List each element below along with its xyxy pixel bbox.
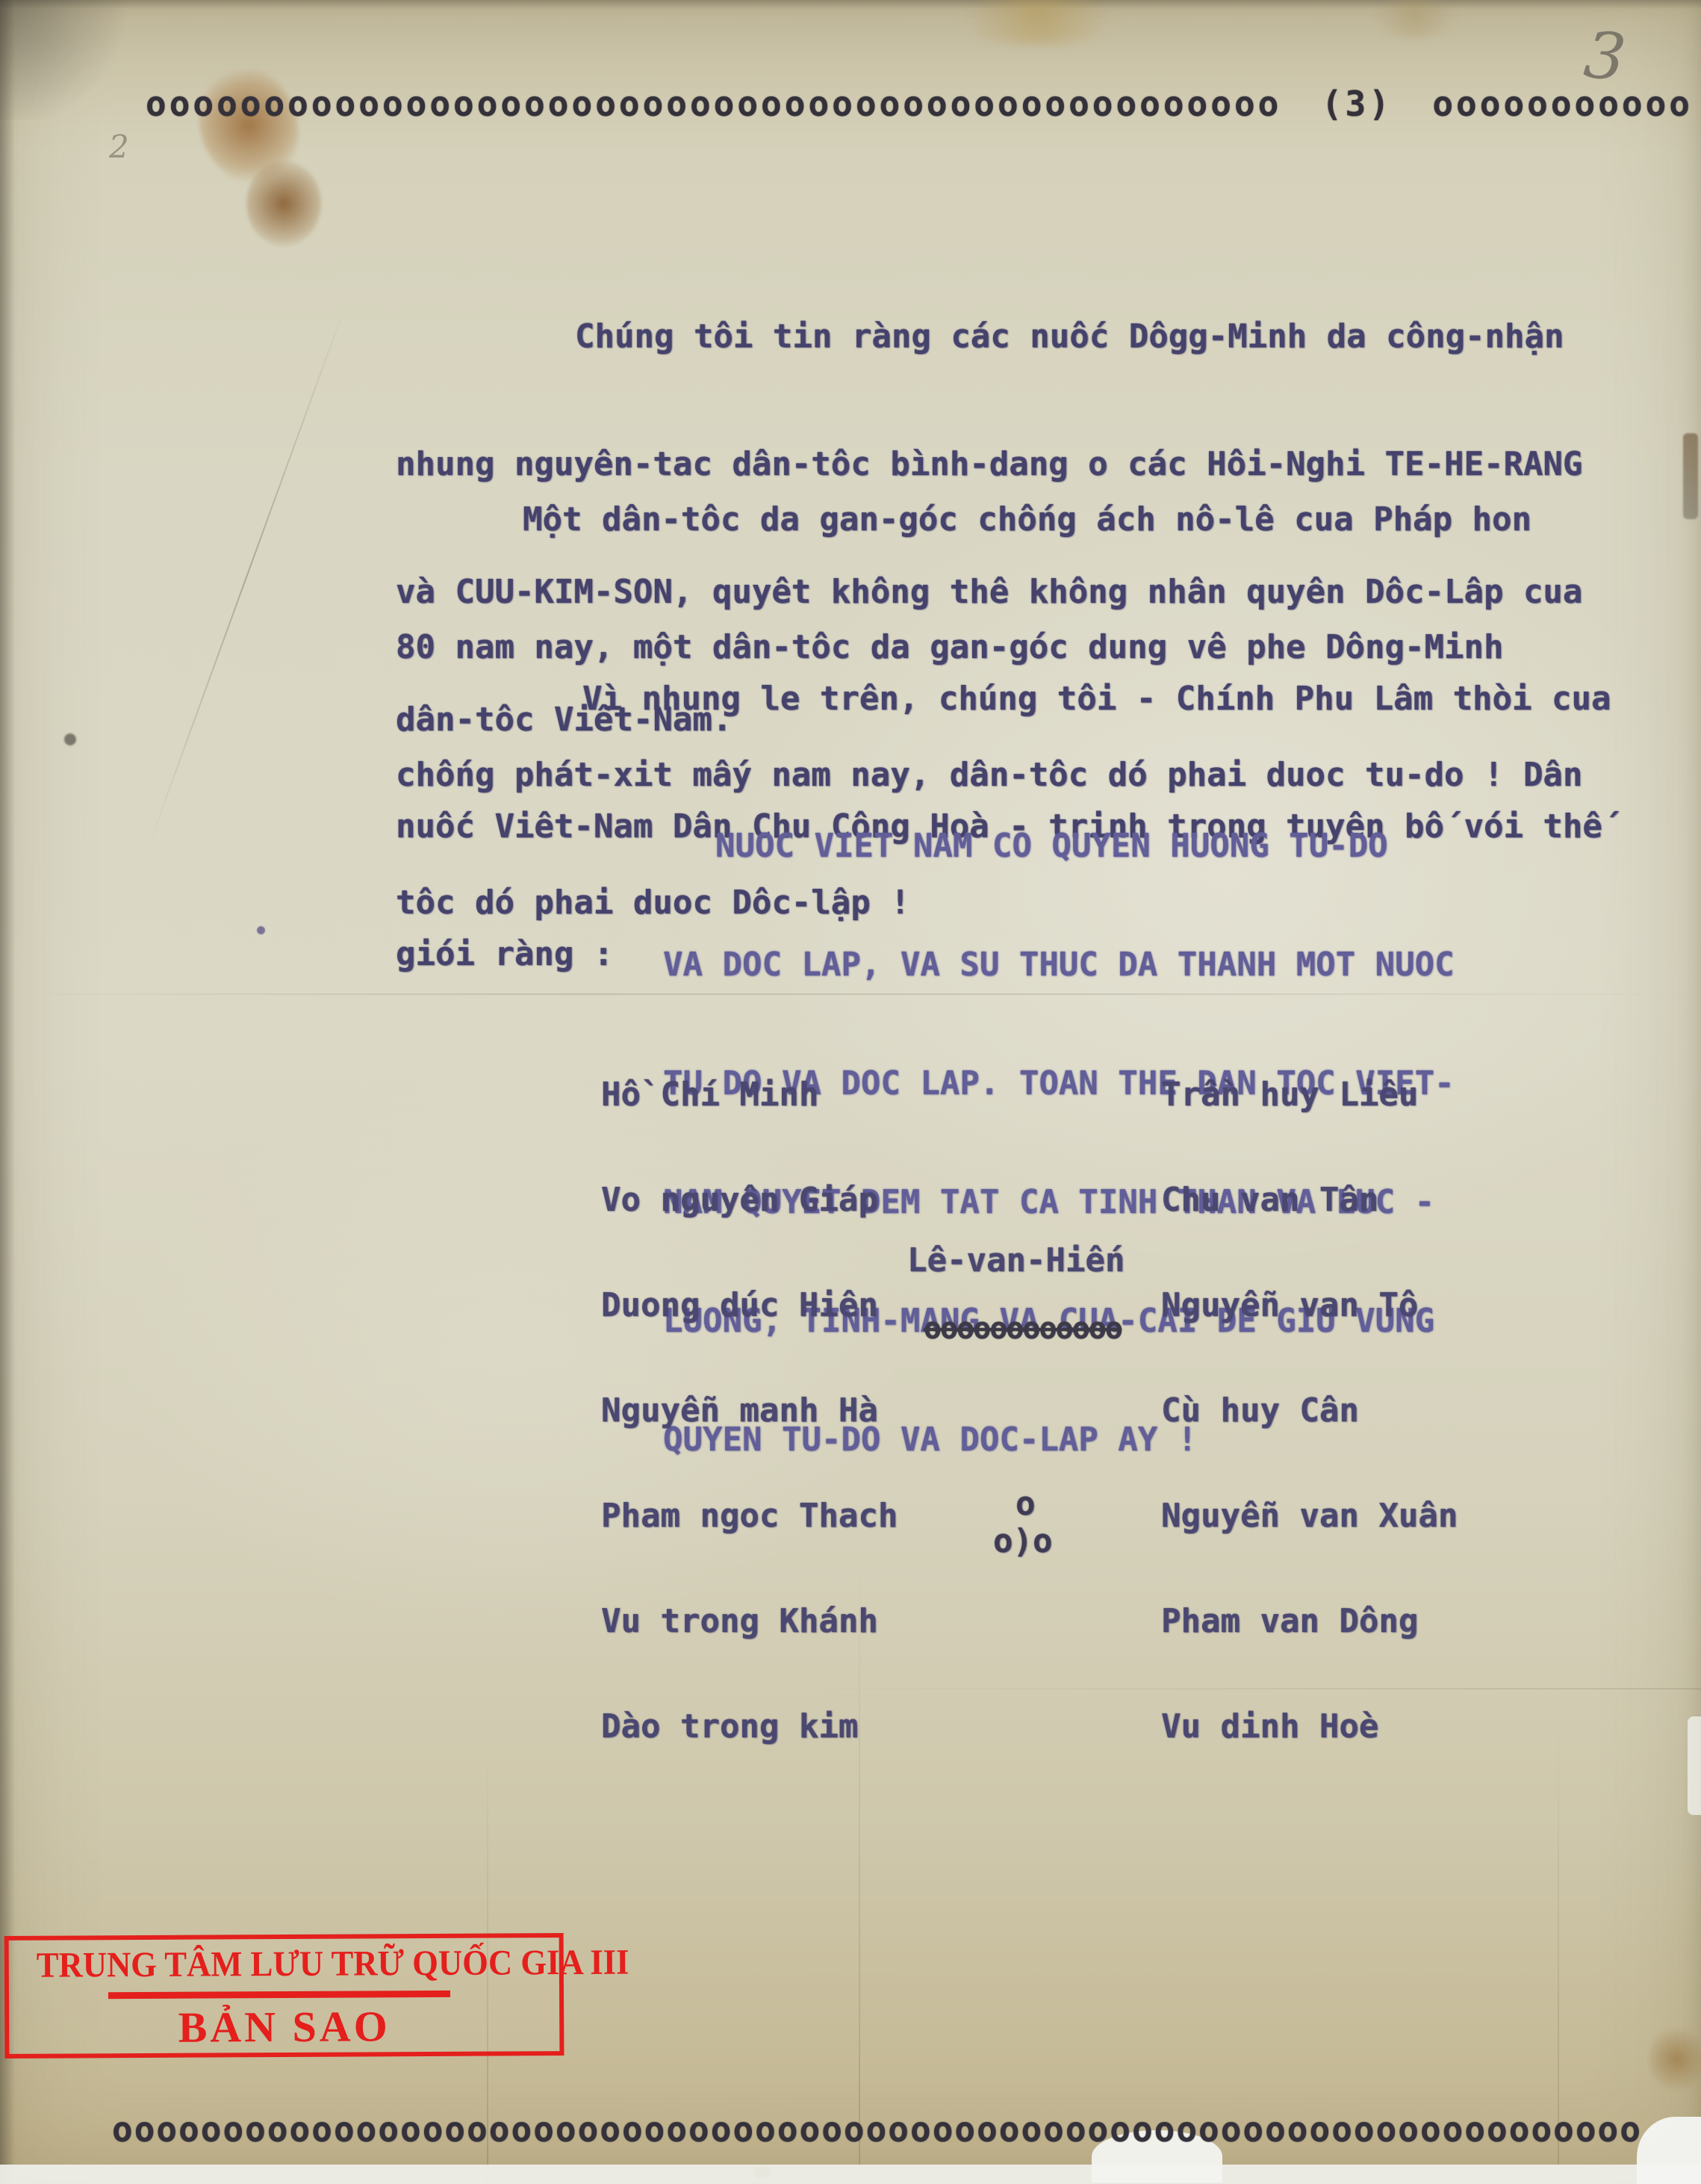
top-border-row: oooooooooooooooooooooooooooooooooooooooo… <box>146 84 1693 124</box>
signature-dao-trong-kim: Dào trong kim <box>601 1709 898 1744</box>
document-page: 3 2 oooooooooooooooooooooooooooooooooooo… <box>0 0 1701 2184</box>
signature-column-right: Trần huy Liêu Chu van Tân Nguyễn van Tô … <box>1161 1007 1458 1814</box>
white-corner-right <box>1637 2117 1701 2184</box>
signature-vu-dinh-hoe: Vu dinh Hoè <box>1161 1709 1458 1744</box>
stain-top-left-small <box>246 161 321 246</box>
paragraph-2-line-1: Một dân-tôc da gan-góc chống ách nô-lê c… <box>396 498 1582 541</box>
mark-right-edge <box>1683 433 1698 519</box>
signature-le-van-hien: Lê-van-Hiến <box>907 1243 1125 1278</box>
white-sliver-right <box>1688 1716 1701 1815</box>
signature-tran-huy-lieu: Trần huy Liêu <box>1161 1077 1458 1112</box>
paragraph-3-line-1: Vì nhung le trên, chúng tôi - Chính Phu … <box>396 677 1611 720</box>
faint-pencil-mark: 2 <box>109 128 129 165</box>
paragraph-1-line-1: Chúng tôi tin ràng các nuốc Dôgg-Minh da… <box>396 315 1582 358</box>
stamp-divider-line <box>108 1991 450 1999</box>
colophon-circle-bottom: o)o <box>993 1522 1052 1560</box>
end-divider-os: oooooooooooo <box>924 1312 1122 1346</box>
stamp-copy-label: BẢN SAO <box>18 2000 550 2053</box>
signature-vu-trong-khanh: Vu trong Khánh <box>601 1604 898 1639</box>
crease-diagonal <box>147 301 348 849</box>
signature-duong-duc-hien: Duong dúc Hiên <box>601 1288 898 1323</box>
stain-top-left-large <box>184 54 313 197</box>
archive-stamp: TRUNG TÂM LƯU TRỮ QUỐC GIA III BẢN SAO <box>4 1933 565 2059</box>
dot-left-mid <box>64 733 76 745</box>
bottom-border-row: oooooooooooooooooooooooooooooooooooooooo… <box>112 2109 1642 2150</box>
signature-column-left: Hồ Chí Minh Vo nguyên Giáp Duong dúc Hiê… <box>601 1007 898 1814</box>
declaration-line-1: NUOC VIET NAM CO QUYEN HUONG TU-DO <box>663 826 1455 866</box>
stamp-organization: TRUNG TÂM LƯU TRỮ QUỐC GIA III <box>37 1942 532 1985</box>
colophon-circle-top: o <box>1016 1485 1036 1523</box>
signature-chu-van-tan: Chu van Tân <box>1161 1182 1458 1217</box>
declaration-line-2: VA DOC LAP, VA SU THUC DA THANH MOT NUOC <box>663 945 1455 984</box>
dot-ink-small <box>257 926 265 934</box>
top-edge-shade <box>0 0 1701 9</box>
signature-ho-chi-minh: Hồ Chí Minh <box>601 1077 898 1112</box>
stain-bottom-right <box>1649 2026 1701 2093</box>
stain-top-right <box>1366 0 1464 37</box>
top-border-left-os: oooooooooooooooooooooooooooooooooooooooo… <box>146 84 1281 124</box>
signature-pham-ngoc-thach: Pham ngoc Thach <box>601 1498 898 1533</box>
top-left-corner-shade <box>0 0 142 120</box>
signature-nguyen-van-xuan: Nguyễn van Xuân <box>1161 1498 1458 1533</box>
signature-nguyen-manh-ha: Nguyễn manh Hà <box>601 1393 898 1428</box>
signature-vo-nguyen-giap: Vo nguyên Giáp <box>601 1182 898 1217</box>
typed-page-number: (3) <box>1322 84 1393 124</box>
stain-bottom-center <box>753 2166 772 2178</box>
left-edge-shade <box>0 0 15 2184</box>
signature-pham-van-dong: Pham van Dông <box>1161 1604 1458 1639</box>
signature-cu-huy-can: Cù huy Cân <box>1161 1393 1458 1428</box>
signature-nguyen-van-to: Nguyễn van Tô <box>1161 1288 1458 1323</box>
stain-top-center <box>948 0 1128 45</box>
white-band-bottom <box>0 2165 1701 2184</box>
top-border-right-os: ooooooooooo <box>1432 84 1693 124</box>
